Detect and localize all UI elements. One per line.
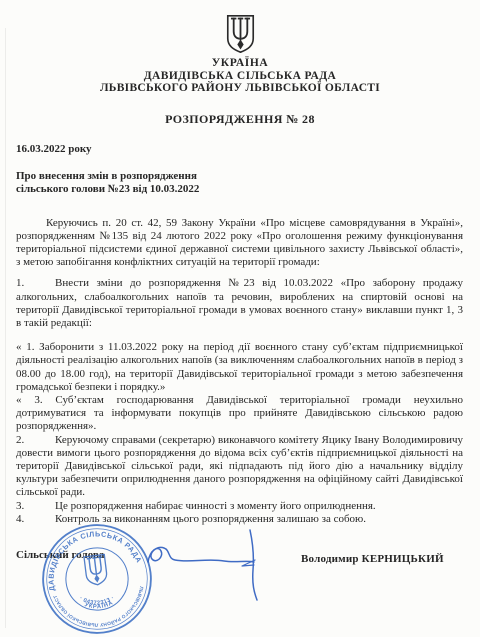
- item-text: Керуючому справами (секретарю) виконавчо…: [16, 434, 463, 499]
- paragraph-item-3: 3.Це розпорядження набирає чинності з мо…: [16, 500, 463, 513]
- quote-text: « 1. Заборонити з 11.03.2022 року на пер…: [16, 341, 463, 393]
- document-title: РОЗПОРЯДЖЕННЯ № 28: [0, 112, 480, 127]
- ukraine-trident-emblem-icon: [224, 14, 257, 54]
- item-text: Це розпорядження набирає чинності з моме…: [55, 500, 376, 512]
- header-district-name: ЛЬВІВСЬКОГО РАЙОНУ ЛЬВІВСЬКОЇ ОБЛАСТІ: [0, 82, 480, 95]
- header-country: УКРАЇНА: [0, 57, 480, 70]
- scanned-decree-document: УКРАЇНА ДАВИДІВСЬКА СІЛЬСЬКА РАДА ЛЬВІВС…: [0, 0, 480, 637]
- quote-text: « 3. Суб’єктам господарювання Давидівськ…: [16, 394, 463, 432]
- scan-artifact-line: [5, 28, 6, 628]
- handwritten-signature-icon: [128, 518, 280, 610]
- document-date: 16.03.2022 року: [16, 143, 480, 155]
- paragraph-quote-3: « 3. Суб’єктам господарювання Давидівськ…: [16, 394, 463, 434]
- paragraph-quote-1: « 1. Заборонити з 11.03.2022 року на пер…: [16, 341, 463, 394]
- header-council-name: ДАВИДІВСЬКА СІЛЬСЬКА РАДА: [0, 70, 480, 83]
- item-number: 4.: [16, 513, 55, 526]
- document-subject: Про внесення змін в розпорядження сільсь…: [16, 170, 276, 196]
- item-text: Внести зміни до розпорядження №23 від 10…: [16, 277, 463, 329]
- item-number: 1.: [16, 277, 55, 290]
- signatory-name: Володимир КЕРНИЦЬКИЙ: [301, 553, 444, 565]
- item-number: 2.: [16, 434, 55, 447]
- paragraph-item-2: 2.Керуючому справами (секретарю) виконав…: [16, 434, 463, 500]
- subject-line-1: Про внесення змін в розпорядження: [16, 170, 276, 183]
- item-number: 3.: [16, 500, 55, 513]
- document-body: Керуючись п. 20 ст. 42, 59 Закону Україн…: [0, 217, 480, 526]
- paragraph-item-1: 1.Внести зміни до розпорядження №23 від …: [16, 277, 463, 330]
- intro-paragraph: Керуючись п. 20 ст. 42, 59 Закону Україн…: [16, 217, 463, 270]
- subject-line-2: сільського голови №23 від 10.03.2022: [16, 183, 276, 196]
